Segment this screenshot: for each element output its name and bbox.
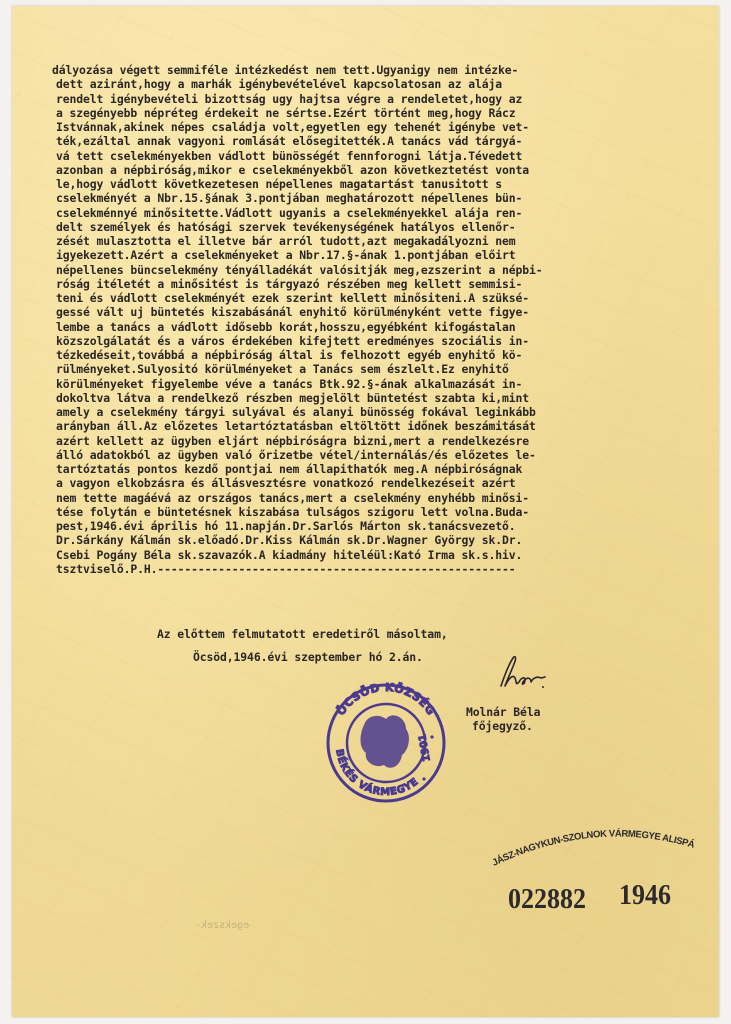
- body-line: közszolgálatát és a város érdekében kife…: [52, 334, 702, 348]
- body-line: azért kellett az ügyben eljárt népbirósá…: [52, 434, 702, 448]
- body-line: dokoltva látva a rendelkező részben megj…: [52, 391, 702, 405]
- body-line: le,hogy vádlott következetesen népellene…: [52, 177, 702, 191]
- official-seal-stamp: ÖCSÖD KÖZSÉG BÉKÉS VÁRMEGYE 1901: [316, 673, 456, 813]
- svg-text:ÖCSÖD KÖZSÉG: ÖCSÖD KÖZSÉG: [333, 681, 437, 718]
- body-line: tése folytán e büntetésnek kiszabása tul…: [52, 505, 702, 519]
- body-line: teni és vádlott cselekményét ezek szerin…: [52, 291, 702, 305]
- body-line: cselekménnyé minősitette.Vádlott ugyanis…: [52, 206, 702, 220]
- certification-place-date: Öcsöd,1946.évi szeptember hó 2.án.: [193, 650, 423, 664]
- archive-stamp-year: 1946: [619, 879, 671, 910]
- body-line: ték,ezáltal annak vagyoni romlását előse…: [52, 134, 702, 148]
- body-line: azonban a népbiróság,mikor e cselekménye…: [52, 163, 702, 177]
- judgment-body-text: dályozása végett semmiféle intézkedést n…: [52, 63, 702, 576]
- body-line: a vagyon elkobzásra és állásvesztésre vo…: [52, 476, 702, 490]
- signer-name: Molnár Béla: [466, 705, 540, 719]
- body-line: dett aziránt,hogy a marhák igénybevételé…: [52, 77, 702, 91]
- archive-stamp-authority: JÁSZ-NAGYKUN-SZOLNOK VÁRMEGYE ALISPÁNJA: [484, 818, 696, 869]
- body-line: álló adatokból az ügyben való őrizetbe v…: [52, 448, 702, 462]
- body-line: nem tette magáévá az országos tanács,mer…: [52, 491, 702, 505]
- body-line: zését mulasztotta el illetve bár arról t…: [52, 234, 702, 248]
- handwritten-signature: [495, 652, 555, 692]
- body-line: a szegényebb népréteg érdekeit ne sértse…: [52, 106, 702, 120]
- body-line: delt személyek és hatósági szervek tevék…: [52, 220, 702, 234]
- svg-text:JÁSZ-NAGYKUN-SZOLNOK VÁRMEGYE: JÁSZ-NAGYKUN-SZOLNOK VÁRMEGYE ALISPÁNJA: [484, 818, 696, 869]
- body-line: pest,1946.évi április hó 11.napján.Dr.Sa…: [52, 519, 702, 533]
- body-line: tézkedéseit,továbbá a népbiróság által i…: [52, 348, 702, 362]
- body-line: tartóztatás pontos kezdő pontjai nem áll…: [52, 462, 702, 476]
- body-line: dályozása végett semmiféle intézkedést n…: [52, 63, 702, 77]
- body-line: arányban áll.Az előzetes letartóztatásba…: [52, 419, 702, 433]
- body-line: Dr.Sárkány Kálmán sk.előadó.Dr.Kiss Kálm…: [52, 533, 702, 547]
- body-line: körülményeket figyelembe véve a tanács B…: [52, 377, 702, 391]
- body-line: amely a cselekmény tárgyi sulyával és al…: [52, 405, 702, 419]
- body-line: rülményeket.Sulyositó körülményeket a Ta…: [52, 362, 702, 376]
- body-line: lembe a tanács a vádlott idősebb korát,h…: [52, 320, 702, 334]
- body-line: gessé vált uj büntetés kiszabásánál enyh…: [52, 305, 702, 319]
- body-line: vá tett cselekményekben vádlott bünösség…: [52, 149, 702, 163]
- body-line: cselekményét a Nbr.15.§ának 3.pontjában …: [52, 191, 702, 205]
- body-line: Istvánnak,akinek népes családja volt,egy…: [52, 120, 702, 134]
- archive-registration-stamp: JÁSZ-NAGYKUN-SZOLNOK VÁRMEGYE ALISPÁNJA …: [484, 818, 704, 918]
- signer-title: főjegyző.: [472, 719, 533, 733]
- bleed-through-text: egekszek-: [195, 920, 249, 931]
- body-line: igyekezett.Azért a cselekményeket a Nbr.…: [52, 248, 702, 262]
- body-line: tsztviselő.P.H.-------------------------…: [52, 562, 702, 576]
- certification-statement: Az előttem felmutatott eredetiről másolt…: [157, 627, 448, 641]
- body-line: rendelt igénybevételi bizottság ugy hajt…: [52, 92, 702, 106]
- body-line: Csebi Pogány Béla sk.szavazók.A kiadmány…: [52, 548, 702, 562]
- body-line: róság itéletét a minősitést is tárgyazó …: [52, 277, 702, 291]
- seal-top-text: ÖCSÖD KÖZSÉG: [333, 681, 437, 718]
- archive-stamp-number: 022882: [508, 883, 586, 914]
- body-line: népellenes büncselekmény tényálladékát v…: [52, 263, 702, 277]
